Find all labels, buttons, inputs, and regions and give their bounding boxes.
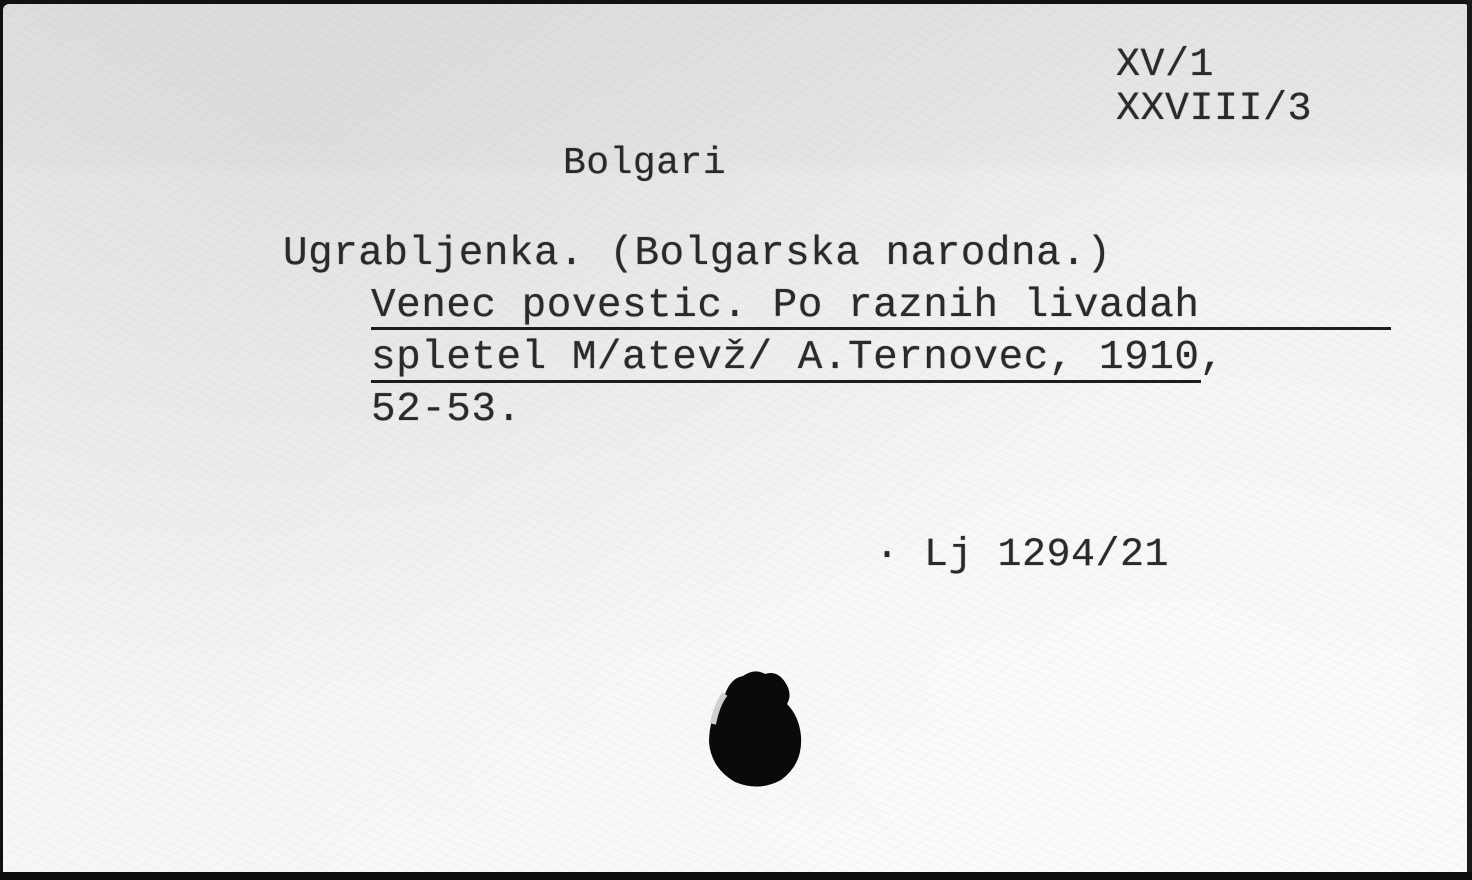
card-right-edge [1467, 0, 1472, 880]
shelf-mark: · Lj 1294/21 [875, 534, 1169, 578]
entry-pages: 52-53. [371, 388, 522, 432]
subject-heading: Bolgari [563, 142, 726, 186]
call-number-1: XV/1 [1116, 44, 1214, 88]
entry-source-line-1: Venec povestic. Po raznih livadah [371, 284, 1199, 328]
entry-source-line-2: spletel M/atevž/ A.Ternovec, 1910, [371, 336, 1225, 380]
call-number-2: XXVIII/3 [1116, 88, 1312, 132]
card-bottom-edge [0, 872, 1472, 880]
punch-hole-icon [703, 664, 813, 794]
entry-title: Ugrabljenka. (Bolgarska narodna.) [283, 232, 1111, 276]
catalog-card: XV/1 XXVIII/3 Bolgari Ugrabljenka. (Bolg… [3, 4, 1467, 872]
source-underline-2 [371, 380, 1201, 383]
source-underline-1 [371, 327, 1391, 330]
